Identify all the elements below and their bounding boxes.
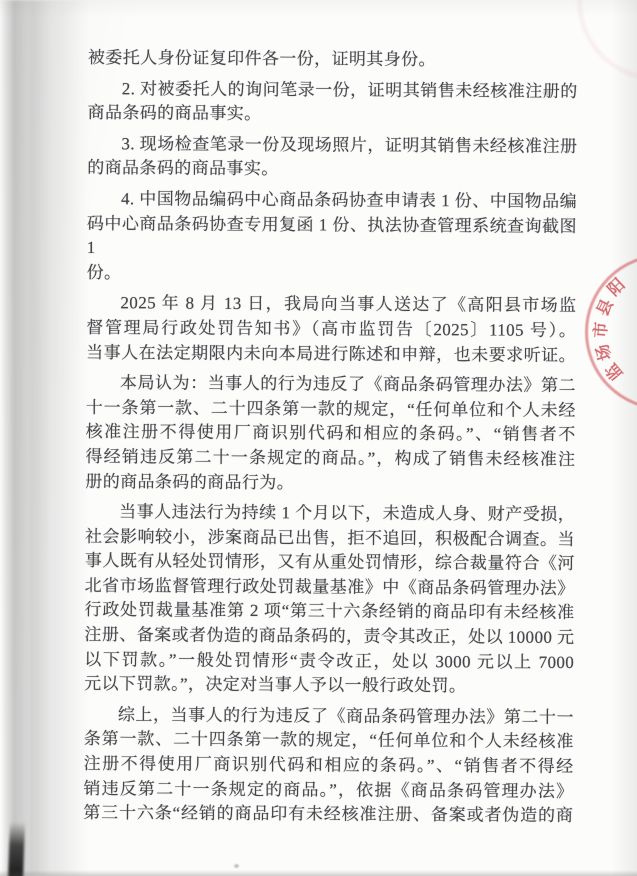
text-line: 十一条第一款、二十四条第一款的规定，“任何单位和个人未经 — [86, 396, 576, 424]
text-line: 的商品条码的商品事实。 — [87, 156, 577, 184]
text-line: 第三十六条“经销的商品印有未经核准注册、备案或者伪造的商 — [83, 801, 573, 829]
seal-character: 市 — [592, 320, 611, 339]
text-line: 2025 年 8 月 13 日，我局向当事人送达了《高阳县市场监 — [86, 291, 576, 319]
paragraph: 当事人违法行为持续 1 个月以下，未造成人身、财产受损，社会影响较小，涉案商品已… — [84, 500, 575, 700]
scan-speck — [543, 90, 551, 96]
text-line: 销违反第二十一条规定的商品。”，依据《商品条码管理办法》 — [83, 777, 573, 805]
text-line: 以下罚款。”一般处罚情形“责令改正，处以 3000 元以上 7000 — [84, 648, 574, 676]
text-line: 得经销违反第二十一条规定的商品。”，构成了销售未经核准注 — [85, 445, 575, 473]
text-line: 北省市场监督管理行政处罚裁量基准》中《商品条码管理办法》 — [85, 574, 575, 602]
bottom-edge-shadow — [0, 870, 637, 876]
text-line: 综上，当事人的行为违反了《商品条码管理办法》第二十一 — [84, 703, 574, 731]
left-spine-shadow-soft — [30, 0, 85, 876]
bottom-left-page-edge-shadow — [8, 822, 25, 876]
text-line: 被委托人身份证复印件各一份，证明其身份。 — [88, 46, 578, 74]
text-line: 4. 中国物品编码中心商品条码协查申请表 1 份、中国物品编 — [87, 187, 577, 215]
text-line: 册的商品条码的商品行为。 — [85, 469, 575, 497]
paragraph: 综上，当事人的行为违反了《商品条码管理办法》第二十一条第一款、二十四条第一款的规… — [83, 703, 574, 829]
text-line: 码中心商品条码协查专用复函 1 份、执法协查管理系统查询截图 1 — [87, 212, 577, 264]
text-line: 3. 现场检查笔录一份及现场照片，证明其销售未经核准注册 — [87, 132, 577, 160]
scan-speck — [234, 864, 239, 868]
paragraph: 4. 中国物品编码中心商品条码协查申请表 1 份、中国物品编码中心商品条码协查专… — [87, 187, 578, 288]
text-line: 份。 — [87, 261, 577, 289]
text-line: 核准注册不得使用厂商识别代码和相应的条码。”、“销售者不 — [86, 420, 576, 448]
text-line: 督管理局行政处罚告知书》（高市监罚告〔2025〕1105 号）。 — [86, 316, 576, 344]
text-line: 元以下罚款。”，决定对当事人予以一般行政处罚。 — [84, 672, 574, 700]
text-line: 注册不得使用厂商识别代码和相应的条码。”、“销售者不得经 — [84, 752, 574, 780]
scanned-page: 被委托人身份证复印件各一份，证明其身份。2. 对被委托人的询问笔录一份，证明其销… — [0, 0, 637, 876]
text-line: 社会影响较小，涉案商品已出售，拒不追回，积极配合调查。当 — [85, 525, 575, 553]
faint-seal-ghost — [578, 0, 637, 80]
text-line: 2. 对被委托人的询问笔录一份，证明其销售未经核准注册的 — [88, 77, 578, 105]
scan-speck — [236, 506, 239, 509]
text-line: 事人既有从轻处罚情形，又有从重处罚情形，综合裁量符合《河 — [85, 549, 575, 577]
text-line: 商品条码的商品事实。 — [88, 101, 578, 129]
text-line: 注册、备案或者伪造的商品条码的，责令其改正，处以 10000 元 — [84, 623, 574, 651]
document-text: 被委托人身份证复印件各一份，证明其身份。2. 对被委托人的询问笔录一份，证明其销… — [83, 46, 578, 829]
paragraph: 2025 年 8 月 13 日，我局向当事人送达了《高阳县市场监督管理局行政处罚… — [86, 291, 576, 368]
text-line: 行政处罚裁量基准第 2 项“第三十六条经销的商品印有未经核准 — [84, 598, 574, 626]
paragraph: 被委托人身份证复印件各一份，证明其身份。 — [88, 46, 578, 74]
text-line: 当事人违法行为持续 1 个月以下，未造成人身、财产受损， — [85, 500, 575, 528]
paragraph: 本局认为：当事人的行为违反了《商品条码管理办法》第二十一条第一款、二十四条第一款… — [85, 371, 576, 497]
text-line: 本局认为：当事人的行为违反了《商品条码管理办法》第二 — [86, 371, 576, 399]
paragraph: 3. 现场检查笔录一份及现场照片，证明其销售未经核准注册的商品条码的商品事实。 — [87, 132, 577, 184]
text-line: 条第一款、二十四条第一款的规定，“任何单位和个人未经核准 — [84, 727, 574, 755]
text-line: 当事人在法定期限内未向本局进行陈述和申辩，也未要求听证。 — [86, 341, 576, 369]
paragraph: 2. 对被委托人的询问笔录一份，证明其销售未经核准注册的商品条码的商品事实。 — [88, 77, 578, 129]
